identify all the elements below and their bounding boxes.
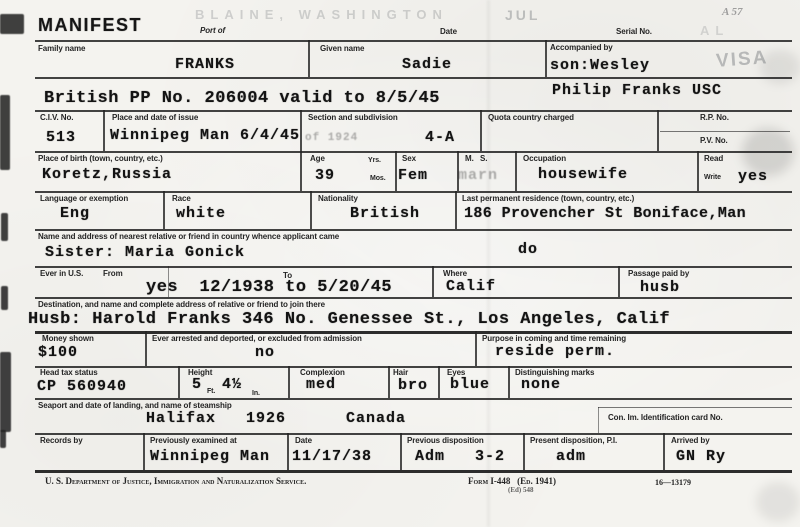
divider <box>657 110 659 151</box>
passage-paid-value: husb <box>640 280 680 295</box>
from-value: yes 12/1938 to 5/20/45 <box>146 279 392 296</box>
marital-status-value: marn <box>458 168 498 183</box>
given-name-label: Given name <box>320 45 364 54</box>
race-label: Race <box>172 195 191 204</box>
language-label: Language or exemption <box>40 195 128 204</box>
nationality-label: Nationality <box>318 195 358 204</box>
divider <box>143 433 145 470</box>
seaport-value: Halifax 1926 Canada <box>146 411 406 426</box>
ever-arrested-label: Ever arrested and deported, or excluded … <box>152 335 362 344</box>
rule <box>35 110 792 112</box>
purpose-value: reside perm. <box>495 344 615 359</box>
present-disposition-label: Present disposition, P.I. <box>530 437 617 446</box>
arrived-by-label: Arrived by <box>671 437 710 446</box>
money-shown-label: Money shown <box>42 335 94 344</box>
family-name-value: FRANKS <box>175 57 235 72</box>
divider <box>103 110 105 151</box>
manifest-document: BLAINE, WASHINGTON JUL AL A 57 MANIFEST … <box>0 0 800 527</box>
divider <box>455 191 457 229</box>
document-title: MANIFEST <box>38 16 142 34</box>
complexion-value: med <box>306 377 336 392</box>
port-of-label: Port of <box>200 27 225 36</box>
divider <box>178 366 180 398</box>
divider <box>438 366 440 398</box>
previous-disposition-value: Adm 3-2 <box>415 449 505 464</box>
quota-country-label: Quota country charged <box>488 114 574 123</box>
occupation-label: Occupation <box>523 155 566 164</box>
head-tax-label: Head tax status <box>40 369 98 378</box>
write-label: Write <box>704 174 721 182</box>
print-code: 16—13179 <box>655 479 691 487</box>
previous-disposition-label: Previous disposition <box>407 437 484 446</box>
rule <box>35 366 792 368</box>
scan-artifact <box>0 14 24 34</box>
destination-value: Husb: Harold Franks 346 No. Genessee St.… <box>28 311 670 328</box>
accompanied-extra-value: Philip Franks USC <box>552 83 722 98</box>
divider <box>515 151 517 191</box>
head-tax-value: CP 560940 <box>37 379 127 394</box>
section-subdivision-label: Section and subdivision <box>308 114 398 123</box>
id-card-no-label: Con. Im. Identification card No. <box>608 414 723 423</box>
rp-no-label: R.P. No. <box>700 114 729 123</box>
rule <box>35 77 792 79</box>
accompanied-by-label: Accompanied by <box>550 44 613 53</box>
divider <box>400 433 402 470</box>
divider <box>432 266 434 297</box>
rule <box>35 40 792 42</box>
rule <box>660 131 790 132</box>
divider <box>523 433 525 470</box>
nearest-relative-label: Name and address of nearest relative or … <box>38 233 339 242</box>
serial-no-label: Serial No. <box>616 28 652 37</box>
divider <box>598 407 599 433</box>
section-subdivision-value: 4-A <box>425 130 455 145</box>
ever-in-us-label: Ever in U.S. <box>40 270 83 279</box>
rule <box>35 331 792 334</box>
language-value: Eng <box>60 206 90 221</box>
nearest-relative-ditto: do <box>518 242 538 257</box>
where-value: Calif <box>446 279 496 294</box>
height-feet-value: 5 <box>192 377 202 392</box>
rule <box>35 229 792 231</box>
exam-date-label: Date <box>295 437 312 446</box>
mos-label: Mos. <box>370 175 386 183</box>
age-value: 39 <box>315 168 335 183</box>
scan-artifact <box>0 430 6 448</box>
ft-label: Ft. <box>207 388 215 396</box>
ever-arrested-value: no <box>255 345 275 360</box>
rule <box>35 151 792 153</box>
records-by-label: Records by <box>40 437 83 446</box>
residence-label: Last permanent residence (town, country,… <box>462 195 634 204</box>
divider <box>287 433 289 470</box>
divider <box>300 110 302 151</box>
family-name-label: Family name <box>38 45 85 54</box>
read-write-value: yes <box>738 169 768 184</box>
divider <box>310 191 312 229</box>
civ-no-value: 513 <box>46 130 76 145</box>
divider <box>395 151 397 191</box>
divider <box>300 151 302 191</box>
divider <box>545 40 547 77</box>
read-label: Read <box>704 155 723 164</box>
form-number: Form I-448 (Ed. 1941) <box>468 477 556 486</box>
marital-status-label: M. S. <box>465 155 487 164</box>
yrs-label: Yrs. <box>368 157 381 165</box>
accompanied-by-value: son:Wesley <box>550 58 650 73</box>
date-label: Date <box>440 28 457 37</box>
sex-value: Fem <box>398 168 428 183</box>
nationality-value: British <box>350 206 420 221</box>
age-label: Age <box>310 155 325 164</box>
pv-no-label: P.V. No. <box>700 137 728 146</box>
port-stamp: BLAINE, WASHINGTON <box>195 8 448 21</box>
rule <box>35 297 792 299</box>
hair-value: bro <box>398 378 428 393</box>
pencil-annotation: A 57 <box>722 6 742 18</box>
residence-value: 186 Provencher St Boniface,Man <box>464 206 746 221</box>
scan-smudge <box>756 482 800 522</box>
divider <box>508 366 510 398</box>
race-value: white <box>176 206 226 221</box>
divider <box>308 40 310 77</box>
rule <box>35 191 792 193</box>
divider <box>475 331 477 366</box>
date-stamp: JUL <box>505 8 540 22</box>
sex-label: Sex <box>402 155 416 164</box>
to-label: To <box>283 272 292 281</box>
exam-date-value: 11/17/38 <box>292 449 372 464</box>
previously-examined-label: Previously examined at <box>150 437 237 446</box>
scan-artifact <box>1 286 8 310</box>
money-shown-value: $100 <box>38 345 78 360</box>
divider <box>663 433 665 470</box>
present-disposition-value: adm <box>556 449 586 464</box>
place-of-birth-value: Koretz,Russia <box>42 167 172 182</box>
place-date-issue-value: Winnipeg Man 6/4/45 <box>110 128 300 143</box>
issue-faint-overprint: of 1924 <box>305 133 358 144</box>
occupation-value: housewife <box>538 167 628 182</box>
nearest-relative-value: Sister: Maria Gonick <box>45 245 245 260</box>
passage-paid-label: Passage paid by <box>628 270 689 279</box>
divider <box>288 366 290 398</box>
distinguishing-marks-value: none <box>521 377 561 392</box>
previously-examined-value: Winnipeg Man <box>150 449 270 464</box>
in-label: In. <box>252 390 260 398</box>
height-inches-value: 4½ <box>222 377 242 392</box>
divider <box>388 366 390 398</box>
agency-imprint: U. S. Department of Justice, Immigration… <box>45 477 306 486</box>
divider <box>618 266 620 297</box>
divider <box>145 331 147 366</box>
scan-artifact <box>0 95 10 170</box>
serial-stamp-fragment: AL <box>700 24 729 37</box>
passport-note: British PP No. 206004 valid to 8/5/45 <box>44 90 440 107</box>
divider <box>480 110 482 151</box>
rule <box>598 407 792 408</box>
rule <box>35 470 792 473</box>
rule <box>35 266 792 268</box>
place-date-issue-label: Place and date of issue <box>112 114 198 123</box>
civ-no-label: C.I.V. No. <box>40 114 73 123</box>
from-label: From <box>103 270 123 279</box>
form-number-sub: (Ed) 548 <box>508 487 533 494</box>
rule <box>35 433 792 435</box>
destination-label: Destination, and name and complete addre… <box>38 301 325 310</box>
place-of-birth-label: Place of birth (town, country, etc.) <box>38 155 163 164</box>
arrived-by-value: GN Ry <box>676 449 726 464</box>
visa-stamp: VISA <box>715 48 769 71</box>
scan-artifact <box>0 352 11 432</box>
divider <box>163 191 165 229</box>
eyes-value: blue <box>450 377 490 392</box>
divider <box>697 151 699 191</box>
rule <box>35 398 792 400</box>
scan-artifact <box>1 213 8 241</box>
given-name-value: Sadie <box>402 57 452 72</box>
